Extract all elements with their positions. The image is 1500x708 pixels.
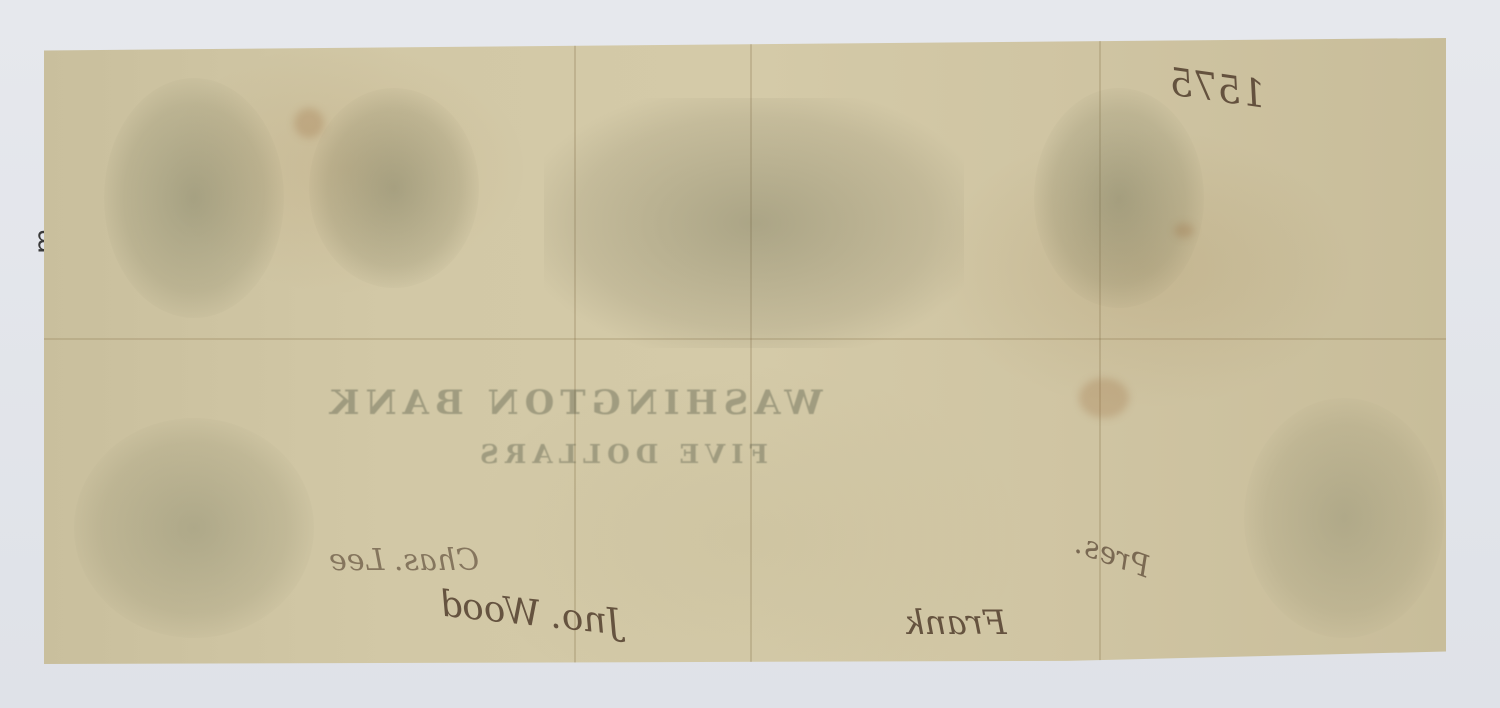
- central-vignette-bleed: [544, 98, 964, 348]
- stain: [1174, 223, 1194, 238]
- denomination-bleed: FIVE DOLLARS: [474, 440, 768, 470]
- handwritten-signature: Jno. Wood: [437, 584, 623, 644]
- right-denomination-bleed: [1034, 88, 1204, 308]
- bank-name-bleed: WASHINGTON BANK: [324, 383, 823, 423]
- handwritten-number: 1575: [1166, 59, 1268, 116]
- denomination-circle-bleed: [309, 88, 479, 288]
- handwritten-signature: Pres.: [1070, 526, 1155, 585]
- handwritten-signature: Frank: [904, 603, 1007, 643]
- left-portrait-bleed: [104, 78, 284, 318]
- banknote-back: WASHINGTON BANK FIVE DOLLARS 1575 Chas. …: [44, 38, 1446, 664]
- stain: [294, 108, 324, 138]
- left-lower-bleed: [74, 418, 314, 638]
- stain: [1079, 378, 1129, 418]
- handwritten-signature: Chas. Lee: [329, 543, 479, 578]
- right-lower-bleed: [1244, 398, 1444, 638]
